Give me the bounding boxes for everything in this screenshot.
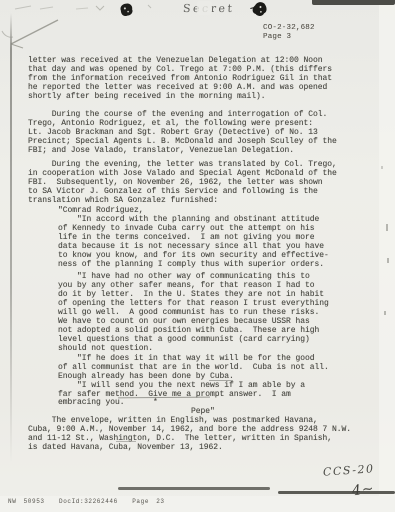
- scan-edge-right: [379, 0, 395, 512]
- scanned-document-page: Secret CO-2-32,682 Page 3 letter was rec…: [0, 0, 395, 512]
- scan-artifact-bar: [278, 491, 395, 494]
- scan-artifact-bar: [118, 487, 270, 490]
- underline-mark: [116, 441, 136, 442]
- file-number: CO-2-32,682: [263, 24, 315, 32]
- scan-artifact-bar: [312, 0, 395, 5]
- letter-paragraph-1: "In accord with the planning and obstina…: [58, 215, 329, 269]
- letter-salutation: "Comrad Rodriguez,: [58, 206, 144, 215]
- scan-speck: [381, 166, 383, 169]
- paragraph-translation-intro: During the evening, the letter was trans…: [28, 160, 337, 205]
- paragraph-present-persons: During the course of the evening and int…: [28, 110, 337, 155]
- handwritten-note: CCS-20: [323, 462, 375, 479]
- scan-speck: [384, 311, 386, 315]
- ink-smudge-icon: [118, 2, 135, 18]
- paper-edge-line: [10, 13, 12, 463]
- paragraph-envelope-details: The envelope, written in English, was po…: [28, 416, 351, 452]
- stamp-fade-smudge: [197, 1, 212, 15]
- underline-mark: [209, 380, 233, 381]
- strikethrough-mark: [118, 396, 210, 398]
- archive-footer: NW 50953 DocId:32262446 Page 23: [8, 498, 165, 505]
- handwritten-tally-mark: 4~: [351, 481, 375, 500]
- letter-paragraph-2: "I have had no other way of communicatin…: [58, 272, 329, 353]
- file-number-block: CO-2-32,682 Page 3: [263, 24, 315, 42]
- ink-smudge-icon: [247, 0, 272, 22]
- letter-paragraph-3: "If he does it in that way it will be fo…: [58, 354, 329, 381]
- paragraph-continuation: letter was received at the Venezuelan De…: [28, 56, 332, 101]
- pencil-marks-icon: [0, 0, 160, 55]
- scan-speck: [386, 224, 388, 231]
- page-number: Page 3: [263, 33, 291, 41]
- scan-speck: [387, 258, 389, 263]
- letter-paragraph-4-signature: "I will send you the next news if I am a…: [58, 382, 305, 416]
